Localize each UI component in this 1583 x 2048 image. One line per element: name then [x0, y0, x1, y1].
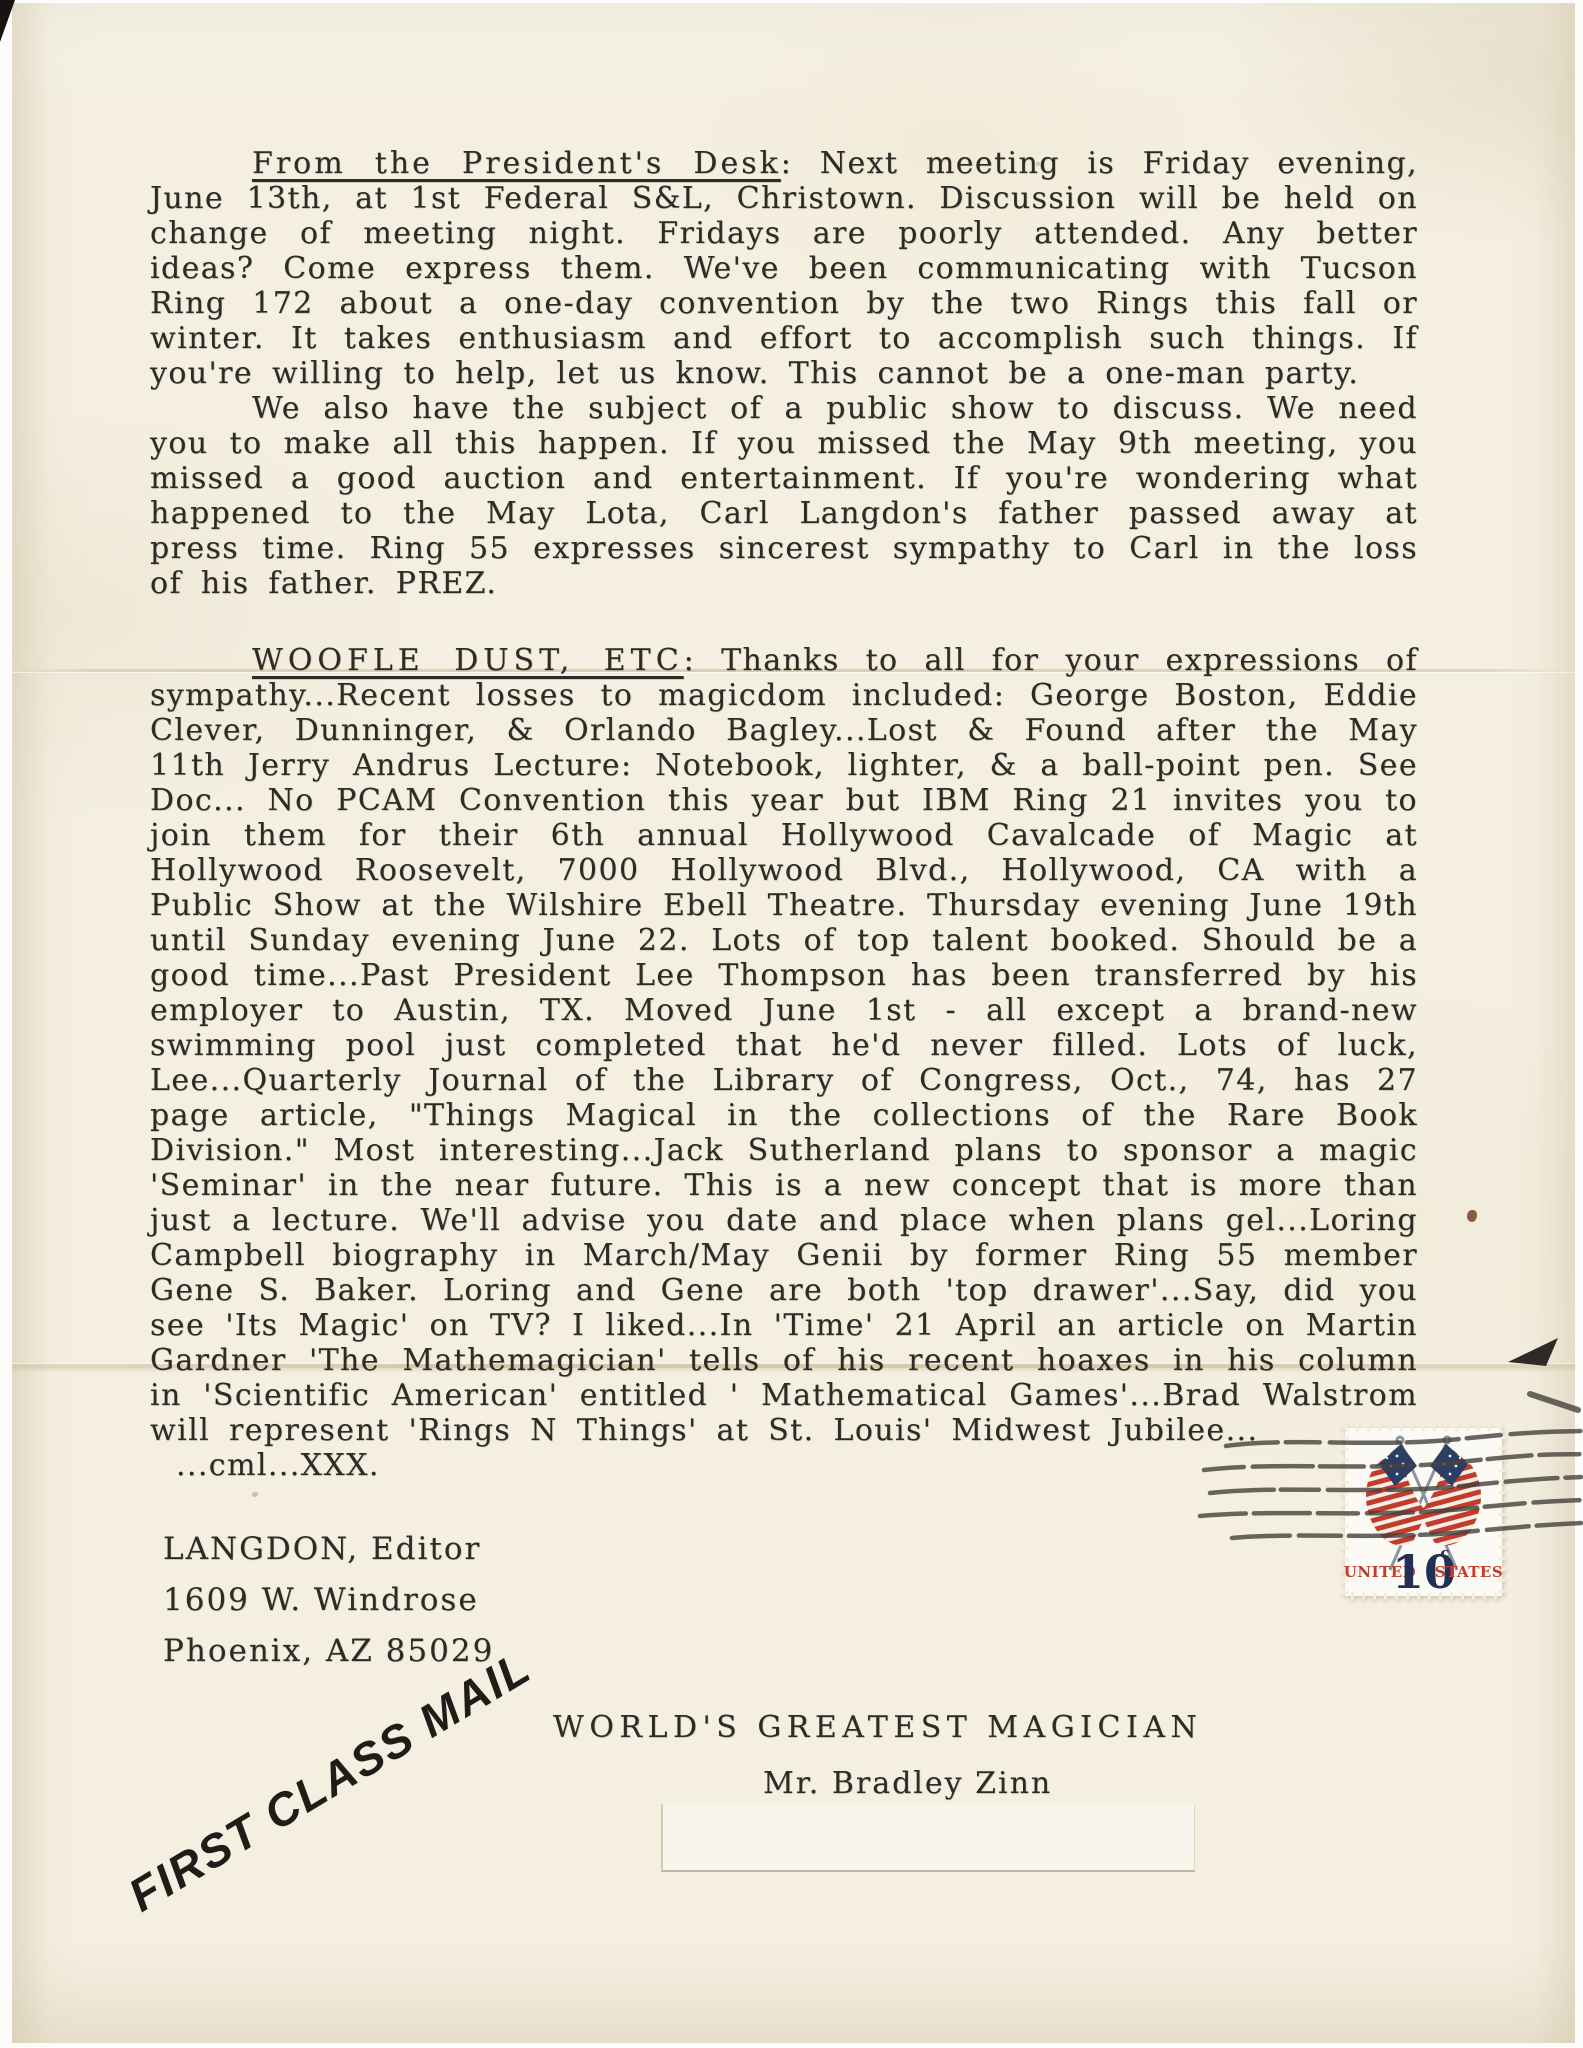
editor-address-block: LANGDON, Editor 1609 W. Windrose Phoenix…	[163, 1524, 494, 1677]
paragraph-body-text: : Thanks to all for your expressions of …	[150, 643, 1418, 1448]
article-text: From the President's Desk: Next meeting …	[150, 146, 1418, 1483]
address-line-city: Phoenix, AZ 85029	[163, 1626, 494, 1677]
paragraph-body-text: : Next meeting is Friday evening, June 1…	[150, 146, 1418, 391]
recipient-title-line: WORLD'S GREATEST MAGICIAN	[553, 1710, 1202, 1745]
cancellation-marks	[1140, 1382, 1583, 1582]
pen-arrow-mark	[1502, 1332, 1572, 1372]
address-label-outline	[661, 1804, 1195, 1872]
paragraph-presidents-desk: From the President's Desk: Next meeting …	[150, 146, 1418, 391]
paragraph-woofle-dust: WOOFLE DUST, ETC: Thanks to all for your…	[150, 643, 1418, 1448]
recipient-name-line: Mr. Bradley Zinn	[763, 1766, 1052, 1801]
page-background: { "article": { "presidents_desk": { "hea…	[0, 0, 1583, 2048]
paragraph-body-text: We also have the subject of a public sho…	[150, 391, 1418, 601]
address-line-street: 1609 W. Windrose	[163, 1575, 494, 1626]
paragraph-public-show: We also have the subject of a public sho…	[150, 391, 1418, 601]
section-heading-presidents-desk: From the President's Desk	[252, 146, 781, 181]
section-heading-woofle-dust: WOOFLE DUST, ETC	[252, 643, 684, 678]
address-line-name: LANGDON, Editor	[163, 1524, 494, 1575]
